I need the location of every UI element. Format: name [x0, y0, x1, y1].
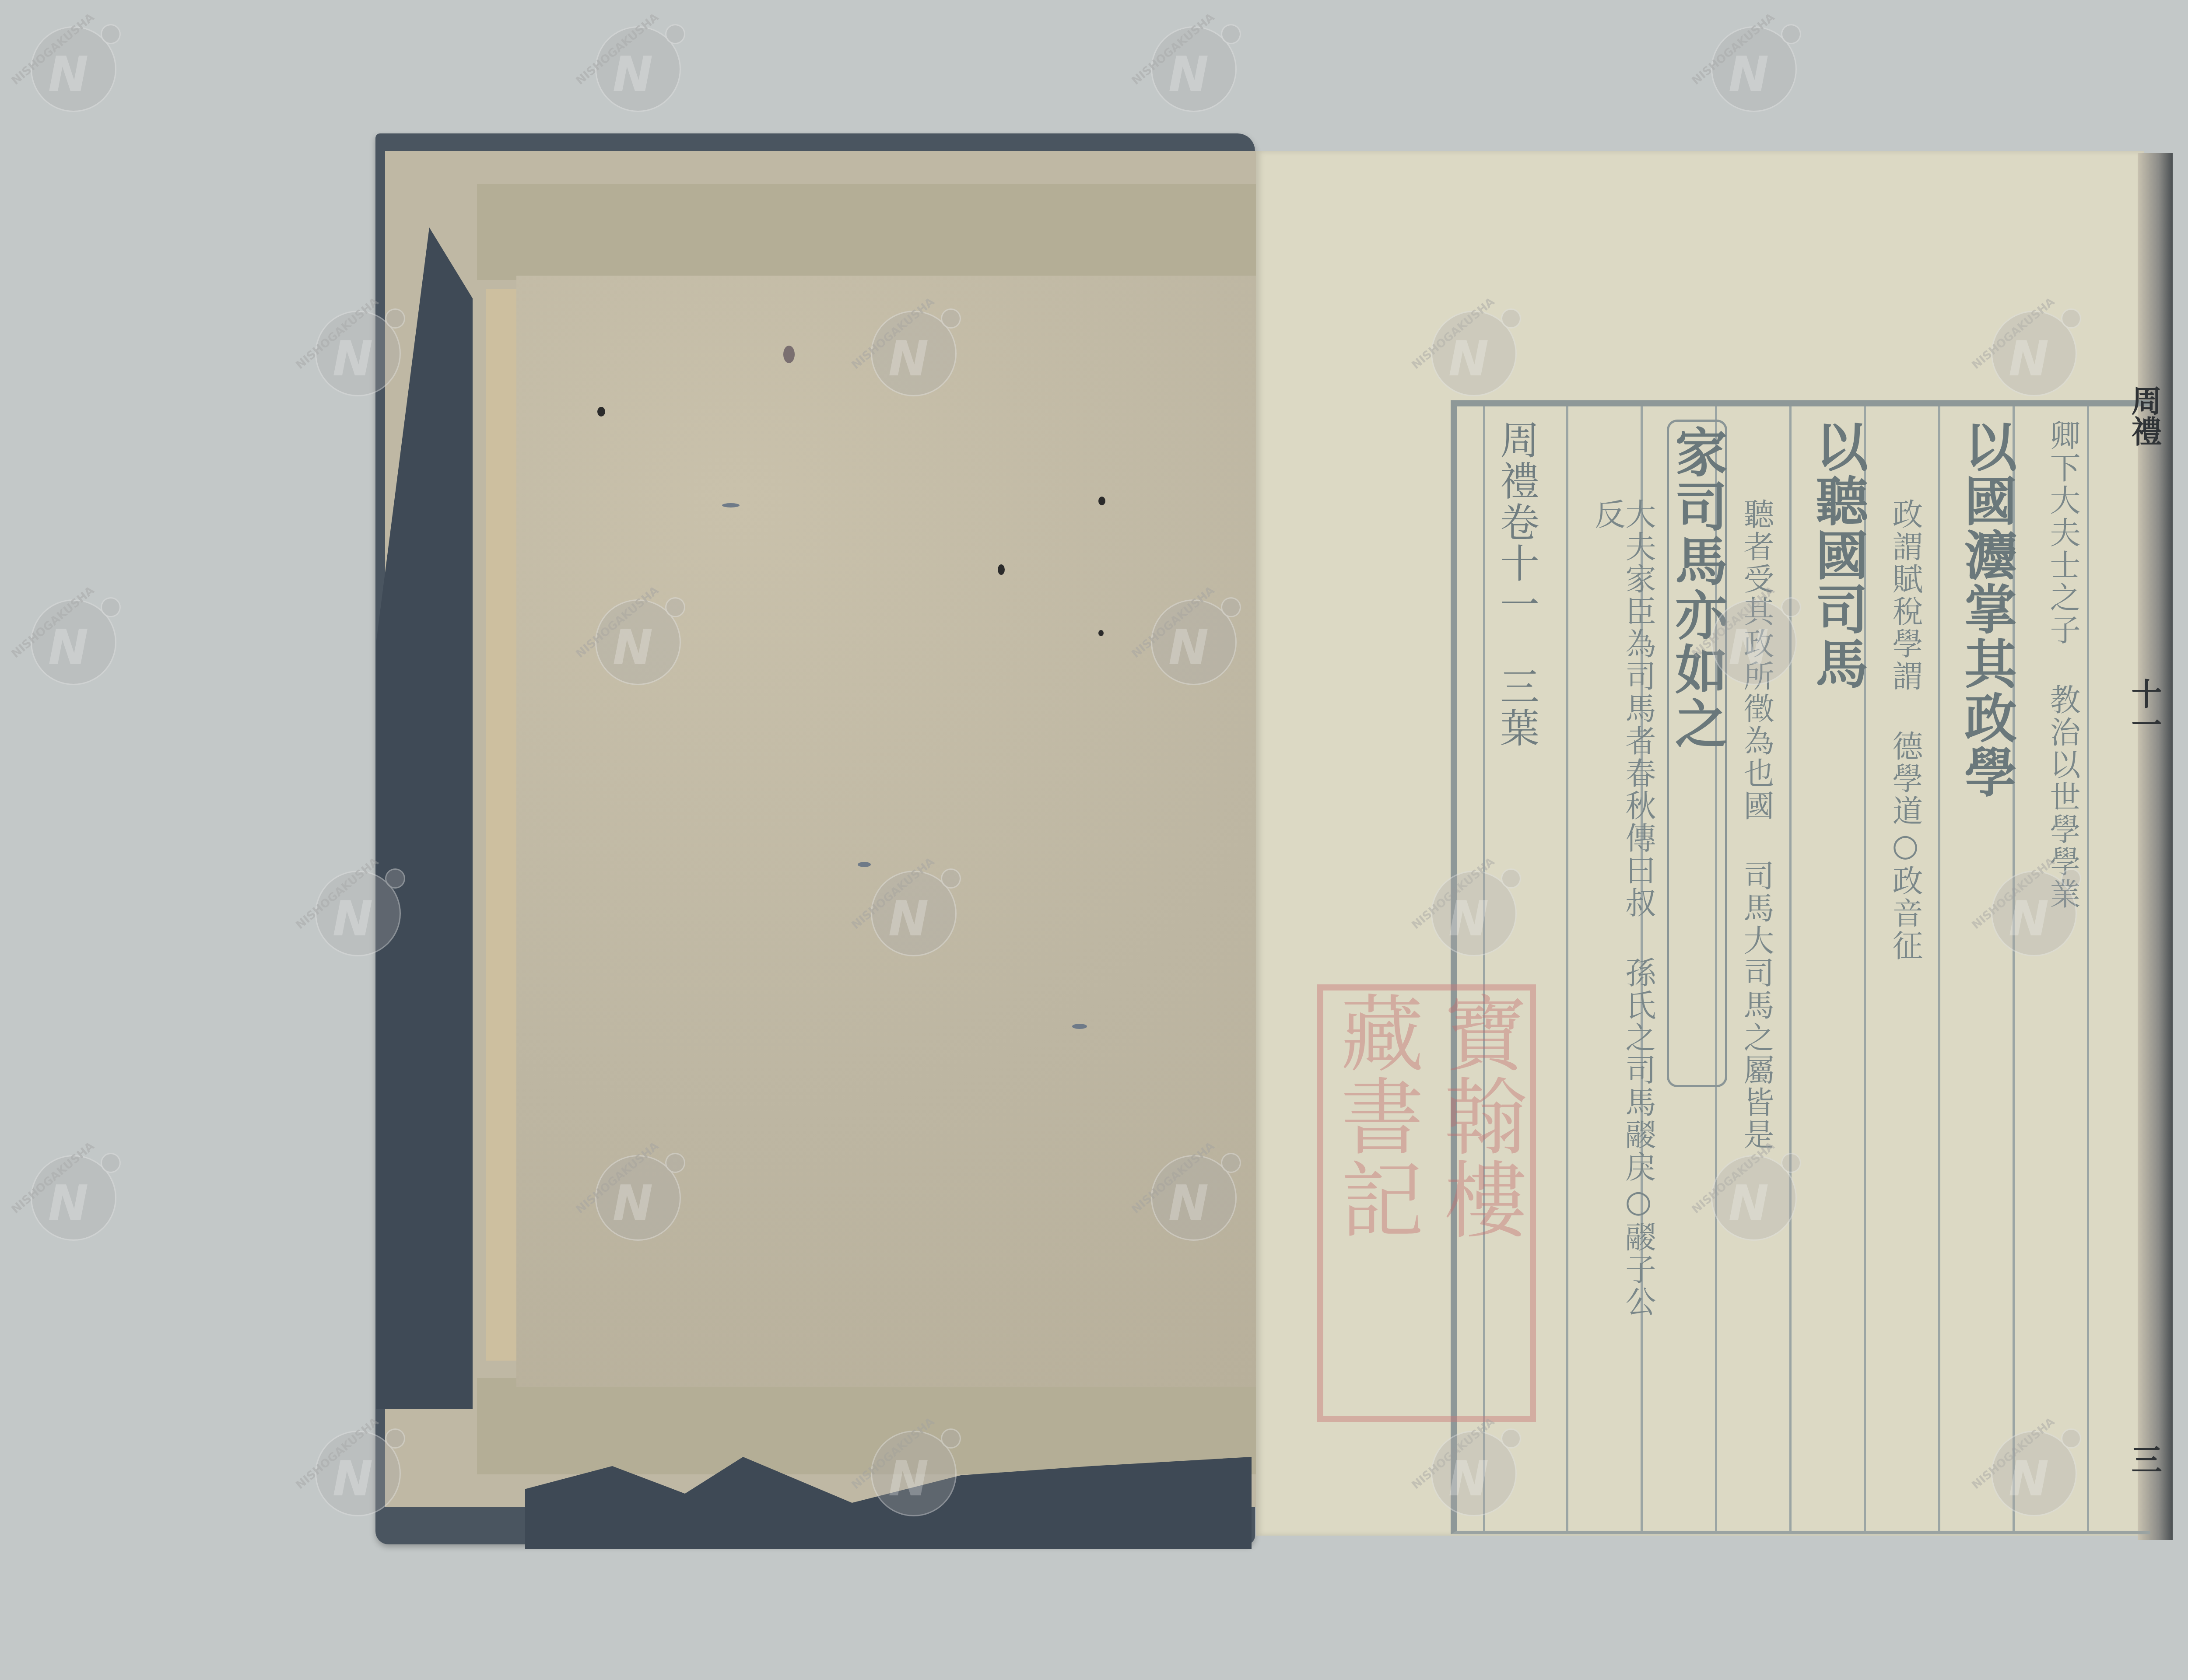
- watermark-letter: N: [613, 50, 653, 98]
- watermark-dot-icon: [941, 1428, 961, 1449]
- watermark-logo: NNISHOGAKUSHA: [1418, 853, 1518, 954]
- paper-fleck: [1098, 630, 1104, 636]
- seal-text: 寶翰樓: [1431, 990, 1526, 1416]
- print-frame: 卿下大夫士之子 教治以世學學業 以國灋掌其政學 政謂賦稅學謂 德學道○政音征 以…: [1451, 400, 2150, 1534]
- spine-mark: 三: [2122, 1444, 2167, 1474]
- watermark-dot-icon: [1781, 597, 1801, 617]
- watermark-dot-icon: [1501, 308, 1521, 329]
- watermark-dot-icon: [665, 1153, 685, 1173]
- watermark-logo: NNISHOGAKUSHA: [1138, 582, 1238, 682]
- watermark-dot-icon: [385, 868, 405, 889]
- text-column-boxed: 家司馬亦如之: [1667, 420, 1727, 1087]
- watermark-letter: N: [613, 1179, 653, 1227]
- paper-fleck: [1072, 1024, 1087, 1029]
- ownership-seal: 寶翰樓 藏書記: [1317, 984, 1536, 1422]
- watermark-logo: NNISHOGAKUSHA: [1978, 293, 2079, 394]
- watermark-dot-icon: [941, 868, 961, 889]
- watermark-logo: NNISHOGAKUSHA: [18, 582, 118, 682]
- watermark-logo: NNISHOGAKUSHA: [1418, 1413, 1518, 1514]
- watermark-letter: N: [333, 335, 373, 383]
- watermark-logo: NNISHOGAKUSHA: [582, 582, 683, 682]
- watermark-letter: N: [613, 623, 653, 672]
- watermark-letter: N: [2009, 895, 2049, 943]
- watermark-logo: NNISHOGAKUSHA: [582, 9, 683, 109]
- watermark-logo: NNISHOGAKUSHA: [1138, 1137, 1238, 1238]
- watermark-letter: N: [1168, 50, 1209, 98]
- watermark-logo: NNISHOGAKUSHA: [1138, 9, 1238, 109]
- watermark-logo: NNISHOGAKUSHA: [858, 1413, 958, 1514]
- spine-mark: 十一: [2122, 678, 2167, 739]
- watermark-dot-icon: [1221, 24, 1241, 44]
- watermark-letter: N: [1448, 1455, 1489, 1503]
- cover-fold-top: [477, 184, 1256, 280]
- watermark-dot-icon: [1501, 868, 1521, 889]
- spine-mark: 周禮: [2122, 385, 2167, 446]
- watermark-logo: NNISHOGAKUSHA: [302, 293, 403, 394]
- watermark-logo: NNISHOGAKUSHA: [1698, 9, 1799, 109]
- watermark-dot-icon: [1501, 1428, 1521, 1449]
- watermark-letter: N: [888, 895, 929, 943]
- cover-strip: [486, 289, 516, 1361]
- watermark-letter: N: [1729, 623, 1769, 672]
- watermark-letter: N: [1448, 895, 1489, 943]
- watermark-logo: NNISHOGAKUSHA: [302, 853, 403, 954]
- watermark-logo: NNISHOGAKUSHA: [858, 853, 958, 954]
- text-column-notes: 政謂賦稅學謂 德學道○政音征: [1890, 498, 1921, 1155]
- watermark-logo: NNISHOGAKUSHA: [1978, 1413, 2079, 1514]
- watermark-letter: N: [333, 1455, 373, 1503]
- watermark-letter: N: [1729, 1179, 1769, 1227]
- watermark-dot-icon: [1781, 24, 1801, 44]
- watermark-letter: N: [888, 1455, 929, 1503]
- watermark-logo: NNISHOGAKUSHA: [1978, 853, 2079, 954]
- watermark-dot-icon: [385, 308, 405, 329]
- watermark-letter: N: [1729, 50, 1769, 98]
- paper-fleck: [998, 564, 1005, 575]
- watermark-letter: N: [2009, 1455, 2049, 1503]
- paper-fleck: [783, 346, 795, 363]
- watermark-logo: NNISHOGAKUSHA: [302, 1413, 403, 1514]
- watermark-letter: N: [2009, 335, 2049, 383]
- watermark-dot-icon: [2061, 1428, 2081, 1449]
- watermark-logo: NNISHOGAKUSHA: [1698, 582, 1799, 682]
- watermark-dot-icon: [1781, 1153, 1801, 1173]
- column-rule: [1566, 406, 1568, 1531]
- watermark-dot-icon: [941, 308, 961, 329]
- watermark-logo: NNISHOGAKUSHA: [1698, 1137, 1799, 1238]
- watermark-letter: N: [333, 895, 373, 943]
- text-column-main: 以聽國司馬: [1811, 420, 1864, 1076]
- watermark-dot-icon: [385, 1428, 405, 1449]
- watermark-dot-icon: [2061, 308, 2081, 329]
- paper-fleck: [597, 407, 605, 416]
- watermark-logo: NNISHOGAKUSHA: [1418, 293, 1518, 394]
- watermark-dot-icon: [665, 24, 685, 44]
- watermark-logo: NNISHOGAKUSHA: [582, 1137, 683, 1238]
- paper-fleck: [722, 503, 740, 507]
- column-rule: [2087, 406, 2089, 1531]
- watermark-dot-icon: [101, 24, 121, 44]
- watermark-dot-icon: [2061, 868, 2081, 889]
- column-rule: [1789, 406, 1792, 1531]
- watermark-dot-icon: [101, 1153, 121, 1173]
- watermark-letter: N: [48, 1179, 88, 1227]
- watermark-dot-icon: [1221, 597, 1241, 617]
- watermark-letter: N: [888, 335, 929, 383]
- text-column-notes: 大夫家臣為司馬者春秋傳曰叔 孫氏之司馬鬷戾○鬷子公反: [1592, 498, 1654, 1330]
- watermark-logo: NNISHOGAKUSHA: [858, 293, 958, 394]
- watermark-logo: NNISHOGAKUSHA: [18, 1137, 118, 1238]
- watermark-letter: N: [48, 623, 88, 672]
- column-rule: [1938, 406, 1940, 1531]
- watermark-dot-icon: [101, 597, 121, 617]
- text-column-notes: 卿下大夫士之子 教治以世學學業: [2048, 420, 2078, 1207]
- watermark-dot-icon: [1221, 1153, 1241, 1173]
- watermark-letter: N: [1448, 335, 1489, 383]
- watermark-letter: N: [48, 50, 88, 98]
- watermark-letter: N: [1168, 1179, 1209, 1227]
- watermark-dot-icon: [665, 597, 685, 617]
- paper-fleck: [1098, 497, 1105, 505]
- watermark-letter: N: [1168, 623, 1209, 672]
- seal-text: 藏書記: [1327, 990, 1423, 1416]
- watermark-logo: NNISHOGAKUSHA: [18, 9, 118, 109]
